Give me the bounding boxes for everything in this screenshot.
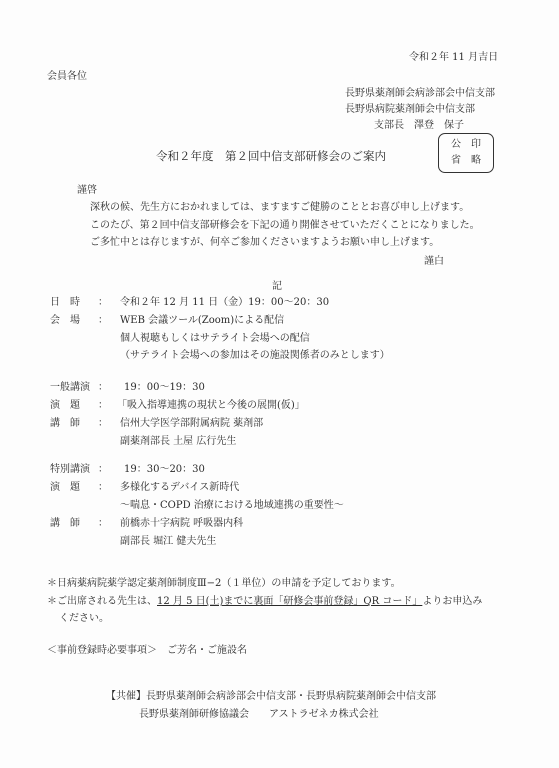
cohost-line-1: 【共催】長野県薬剤師会病診部会中信支部・長野県病院薬剤師会中信支部: [106, 691, 436, 703]
body-line-3: ご多忙中とは存じますが、何卒ご参加くださいますようお願い申し上げます。: [90, 237, 439, 249]
closing: 謹白: [424, 256, 444, 268]
general-topic-label: 演 題: [50, 400, 98, 412]
special-speaker-line-2: 副部長 堀江 健夫先生: [120, 536, 216, 548]
issue-date: 令和２年 11 月吉日: [409, 52, 498, 64]
special-speaker-line-1: 前橋赤十字病院 呼吸器内科: [120, 518, 243, 530]
special-topic-line-1: 多様化するデバイス新時代: [120, 482, 239, 494]
note-registration-pre: ＊ご出席される先生は、: [47, 596, 157, 607]
cohost-line-2: 長野県薬剤師研修協議会 アストラゼネカ株式会社: [139, 709, 379, 721]
special-speaker-colon: ：: [98, 518, 108, 530]
general-lecture-time: 19：00〜19：30: [124, 382, 205, 394]
venue-colon: ：: [98, 315, 108, 327]
stamp-line-1: 公 印: [439, 137, 493, 153]
general-lecture-label: 一般講演: [50, 382, 98, 394]
venue-label: 会 場: [50, 315, 98, 327]
special-lecture-label: 特別講演: [50, 464, 98, 476]
note-registration-cont: ください。: [59, 613, 109, 625]
special-topic-line-2: 〜喘息・COPD 治療における地域連携の重要性〜: [120, 500, 344, 512]
sender-org-2: 長野県病院薬剤師会中信支部: [345, 104, 475, 116]
datetime-label: 日 時: [50, 297, 98, 309]
greeting: 謹啓: [77, 185, 97, 197]
ki-heading: 記: [272, 281, 282, 293]
note-registration: ＊ご出席される先生は、12 月 5 日(土)までに裏面「研修会事前登録」QR コ…: [47, 596, 482, 608]
datetime-colon: ：: [98, 297, 108, 309]
general-speaker-line-1: 信州大学医学部附属病院 薬剤部: [120, 418, 263, 430]
general-lecture-colon: ：: [98, 382, 108, 394]
special-topic-label: 演 題: [50, 482, 98, 494]
seal-omitted-stamp: 公 印 省 略: [438, 133, 494, 173]
sender-org-1: 長野県薬剤師会病診部会中信支部: [345, 88, 495, 100]
special-lecture-colon: ：: [98, 464, 108, 476]
note-registration-post: よりお申込み: [422, 596, 482, 607]
venue-line-1: WEB 会議ツール(Zoom)による配信: [120, 315, 284, 327]
general-topic-colon: ：: [98, 400, 108, 412]
venue-line-3: （サテライト会場への参加はその施設関係者のみとします）: [120, 350, 390, 362]
note-registration-deadline: 12 月 5 日(土)までに裏面「研修会事前登録」QR コード」: [157, 596, 422, 607]
general-speaker-colon: ：: [98, 418, 108, 430]
body-line-2: このたび、第２回中信支部研修会を下記の通り開催させていただくことになりました。: [90, 220, 480, 232]
page-title: 令和２年度 第２回中信支部研修会のご案内: [156, 150, 386, 162]
addressee: 会員各位: [47, 71, 87, 83]
special-speaker-label: 講 師: [50, 518, 98, 530]
general-topic: 「吸入指導連携の現状と今後の展開(仮)」: [117, 400, 305, 412]
general-speaker-label: 講 師: [50, 418, 98, 430]
stamp-line-2: 省 略: [439, 153, 493, 169]
required-items: ＜事前登録時必要事項＞ ご芳名・ご施設名: [47, 645, 247, 657]
body-line-1: 深秋の候、先生方におかれましては、ますますご健勝のこととお喜び申し上げます。: [90, 202, 469, 214]
note-certification: ＊日病薬病院薬学認定薬剤師制度Ⅲ−2（１単位）の申請を予定しております。: [47, 578, 401, 590]
venue-line-2: 個人視聴もしくはサテライト会場への配信: [120, 333, 310, 345]
general-speaker-line-2: 副薬剤部長 土屋 広行先生: [120, 436, 236, 448]
special-lecture-time: 19：30〜20：30: [124, 464, 205, 476]
sender-head: 支部長 澤登 保子: [374, 120, 464, 132]
special-topic-colon: ：: [98, 482, 108, 494]
datetime-value: 令和２年 12 月 11 日（金）19：00〜20：30: [120, 297, 329, 309]
